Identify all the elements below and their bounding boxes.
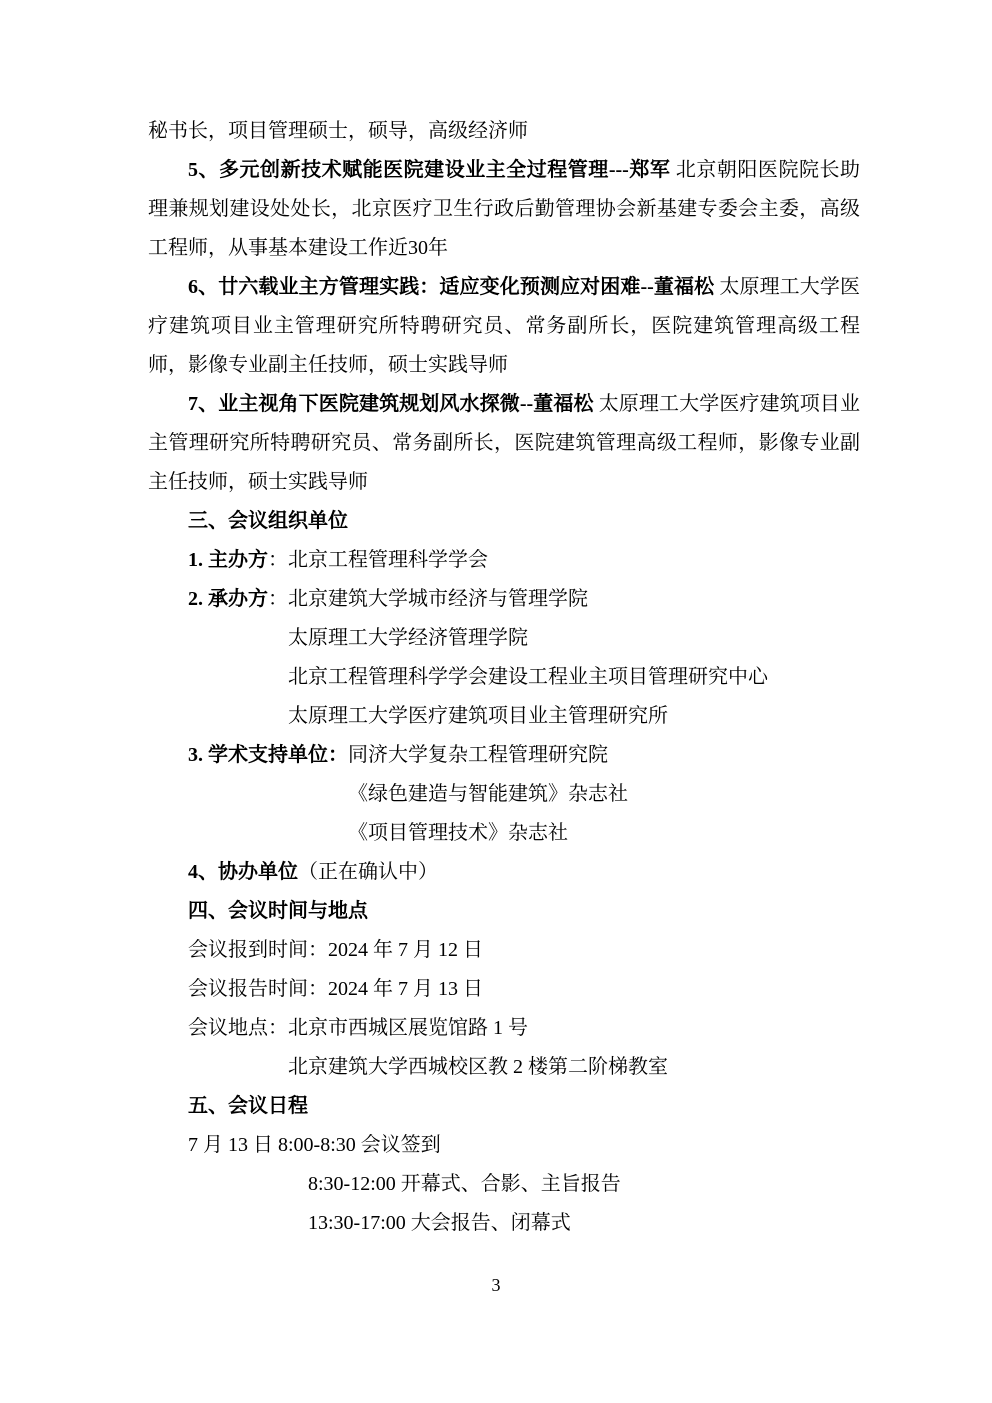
schedule-line-2-text: 8:30-12:00 开幕式、合影、主旨报告 bbox=[308, 1173, 621, 1195]
heading-section-three-organizers: 三、会议组织单位 bbox=[148, 502, 860, 541]
org-undertaker-line-2: 太原理工大学经济管理学院 bbox=[148, 619, 860, 658]
heading-section-four-time-place-title: 四、会议时间与地点 bbox=[188, 900, 368, 922]
info-checkin-time-text: 会议报到时间：2024 年 7 月 12 日 bbox=[188, 939, 483, 961]
schedule-line-3: 13:30-17:00 大会报告、闭幕式 bbox=[148, 1204, 860, 1243]
heading-section-five-agenda-title: 五、会议日程 bbox=[188, 1095, 308, 1117]
schedule-line-3-text: 13:30-17:00 大会报告、闭幕式 bbox=[308, 1212, 571, 1234]
org-undertaker-line-3: 北京工程管理科学学会建设工程业主项目管理研究中心 bbox=[148, 658, 860, 697]
org-co-organizer-line-text: （正在确认中） bbox=[298, 861, 438, 883]
org-co-organizer-line: 4、协办单位（正在确认中） bbox=[148, 853, 860, 892]
heading-section-three-organizers-title: 三、会议组织单位 bbox=[188, 510, 348, 532]
heading-section-four-time-place: 四、会议时间与地点 bbox=[148, 892, 860, 931]
para-topic-6: 6、廿六载业主方管理实践：适应变化预测应对困难--董福松 太原理工大学医疗建筑项… bbox=[148, 268, 860, 385]
heading-section-five-agenda: 五、会议日程 bbox=[148, 1087, 860, 1126]
schedule-line-1-text: 7 月 13 日 8:00-8:30 会议签到 bbox=[188, 1134, 441, 1156]
org-academic-support-line-1-title: 3. 学术支持单位： bbox=[188, 744, 348, 766]
org-undertaker-line-2-text: 太原理工大学经济管理学院 bbox=[288, 627, 528, 649]
schedule-line-2: 8:30-12:00 开幕式、合影、主旨报告 bbox=[148, 1165, 860, 1204]
para-topic-7-title: 7、业主视角下医院建筑规划风水探微--董福松 bbox=[188, 393, 594, 415]
org-academic-support-line-2-text: 《绿色建造与智能建筑》杂志社 bbox=[348, 783, 628, 805]
para-topic-5: 5、多元创新技术赋能医院建设业主全过程管理---郑军 北京朝阳医院院长助理兼规划… bbox=[148, 151, 860, 268]
org-host-line-text: ：北京工程管理科学学会 bbox=[268, 549, 488, 571]
document-body: 秘书长，项目管理硕士，硕导，高级经济师5、多元创新技术赋能医院建设业主全过程管理… bbox=[148, 112, 860, 1243]
org-undertaker-line-1-text: ：北京建筑大学城市经济与管理学院 bbox=[268, 588, 588, 610]
info-venue-line-1: 会议地点：北京市西城区展览馆路 1 号 bbox=[148, 1009, 860, 1048]
org-undertaker-line-3-text: 北京工程管理科学学会建设工程业主项目管理研究中心 bbox=[288, 666, 768, 688]
org-undertaker-line-4: 太原理工大学医疗建筑项目业主管理研究所 bbox=[148, 697, 860, 736]
para-speaker-credentials-continuation: 秘书长，项目管理硕士，硕导，高级经济师 bbox=[148, 112, 860, 151]
document-page: 秘书长，项目管理硕士，硕导，高级经济师5、多元创新技术赋能医院建设业主全过程管理… bbox=[0, 0, 992, 1403]
org-undertaker-line-4-text: 太原理工大学医疗建筑项目业主管理研究所 bbox=[288, 705, 668, 727]
org-co-organizer-line-title: 4、协办单位 bbox=[188, 861, 298, 883]
org-undertaker-line-1-title: 2. 承办方 bbox=[188, 588, 268, 610]
org-academic-support-line-1: 3. 学术支持单位：同济大学复杂工程管理研究院 bbox=[148, 736, 860, 775]
org-host-line-title: 1. 主办方 bbox=[188, 549, 268, 571]
info-venue-line-2-text: 北京建筑大学西城校区教 2 楼第二阶梯教室 bbox=[288, 1056, 668, 1078]
info-checkin-time: 会议报到时间：2024 年 7 月 12 日 bbox=[148, 931, 860, 970]
info-report-time: 会议报告时间：2024 年 7 月 13 日 bbox=[148, 970, 860, 1009]
org-academic-support-line-2: 《绿色建造与智能建筑》杂志社 bbox=[148, 775, 860, 814]
org-host-line: 1. 主办方：北京工程管理科学学会 bbox=[148, 541, 860, 580]
info-venue-line-2: 北京建筑大学西城校区教 2 楼第二阶梯教室 bbox=[148, 1048, 860, 1087]
org-academic-support-line-3: 《项目管理技术》杂志社 bbox=[148, 814, 860, 853]
org-undertaker-line-1: 2. 承办方：北京建筑大学城市经济与管理学院 bbox=[148, 580, 860, 619]
org-academic-support-line-3-text: 《项目管理技术》杂志社 bbox=[348, 822, 568, 844]
info-report-time-text: 会议报告时间：2024 年 7 月 13 日 bbox=[188, 978, 483, 1000]
para-speaker-credentials-continuation-text: 秘书长，项目管理硕士，硕导，高级经济师 bbox=[148, 120, 528, 142]
para-topic-6-title: 6、廿六载业主方管理实践：适应变化预测应对困难--董福松 bbox=[188, 276, 714, 298]
para-topic-7: 7、业主视角下医院建筑规划风水探微--董福松 太原理工大学医疗建筑项目业主管理研… bbox=[148, 385, 860, 502]
info-venue-line-1-text: 会议地点：北京市西城区展览馆路 1 号 bbox=[188, 1017, 528, 1039]
schedule-line-1: 7 月 13 日 8:00-8:30 会议签到 bbox=[148, 1126, 860, 1165]
page-number: 3 bbox=[0, 1274, 992, 1296]
org-academic-support-line-1-text: 同济大学复杂工程管理研究院 bbox=[348, 744, 608, 766]
para-topic-5-title: 5、多元创新技术赋能医院建设业主全过程管理---郑军 bbox=[188, 159, 670, 181]
